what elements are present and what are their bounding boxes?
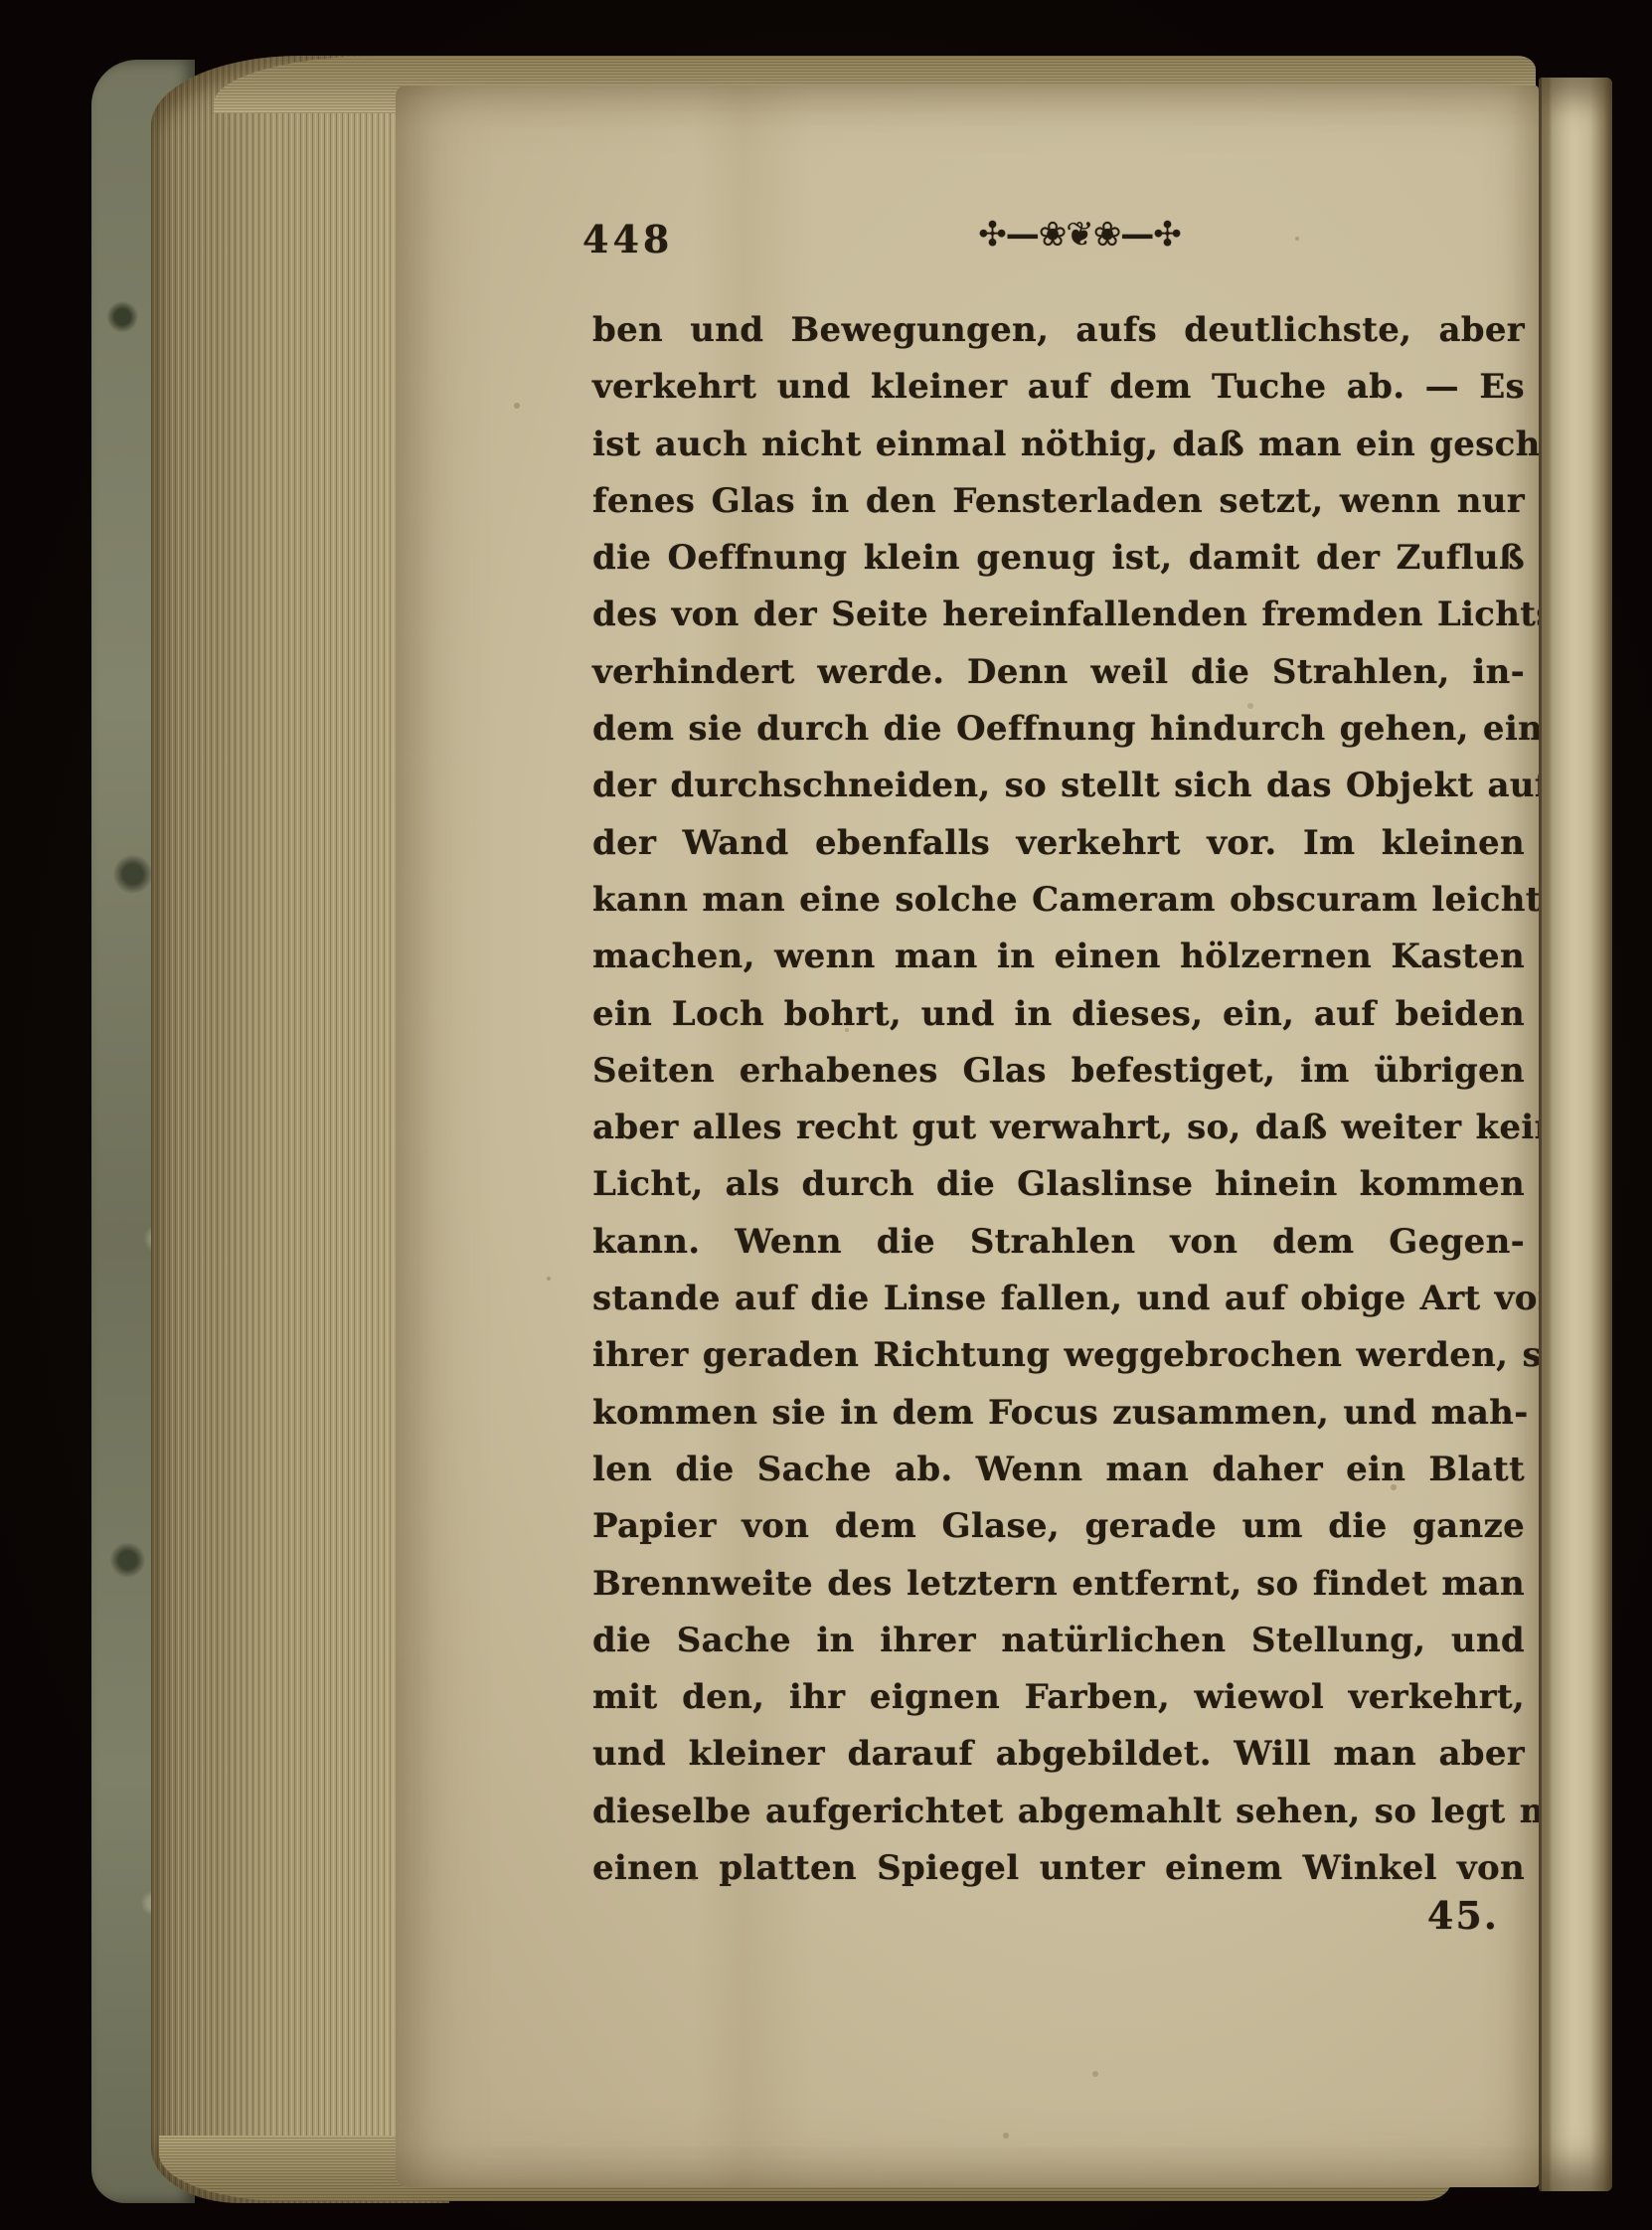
text-line: kommen sie in dem Focus zusammen, und ma… (592, 1385, 1525, 1442)
text-line: ben und Bewegungen, aufs deutlichste, ab… (592, 302, 1525, 359)
text-line: mit den, ihr eignen Farben, wiewol verke… (592, 1669, 1525, 1726)
text-line: einen platten Spiegel unter einem Winkel… (592, 1840, 1525, 1897)
text-line: Brennweite des letztern entfernt, so fin… (592, 1556, 1525, 1613)
text-line: die Sache in ihrer natürlichen Stellung,… (592, 1613, 1525, 1669)
catchword: 45. (1427, 1893, 1499, 1938)
text-line: verkehrt und kleiner auf dem Tuche ab. —… (592, 359, 1525, 416)
text-line: ein Loch bohrt, und in dieses, ein, auf … (592, 986, 1525, 1043)
text-line: machen, wenn man in einen hölzernen Kast… (592, 929, 1525, 985)
text-line: Licht, als durch die Glaslinse hinein ko… (592, 1156, 1525, 1213)
text-line: des von der Seite hereinfallenden fremde… (592, 587, 1525, 643)
floral-ornament-icon: ✣—❀❦❀—✣ (940, 215, 1219, 255)
text-line: len die Sache ab. Wenn man daher ein Bla… (592, 1442, 1525, 1498)
text-line: Seiten erhabenes Glas befestiget, im übr… (592, 1043, 1525, 1100)
text-line: aber alles recht gut verwahrt, so, daß w… (592, 1100, 1525, 1156)
text-line: fenes Glas in den Fensterladen setzt, we… (592, 473, 1525, 530)
photo-background: 448 ✣—❀❦❀—✣ ben und Bewegungen, aufs deu… (0, 0, 1652, 2230)
page-number: 448 (582, 217, 673, 261)
text-line: stande auf die Linse fallen, und auf obi… (592, 1271, 1525, 1327)
book-page: 448 ✣—❀❦❀—✣ ben und Bewegungen, aufs deu… (396, 86, 1539, 2187)
text-line: dem sie durch die Oeffnung hindurch gehe… (592, 701, 1525, 758)
text-line: Papier von dem Glase, gerade um die ganz… (592, 1498, 1525, 1555)
text-line: kann. Wenn die Strahlen von dem Gegen- (592, 1214, 1525, 1271)
text-line: die Oeffnung klein genug ist, damit der … (592, 530, 1525, 587)
text-line: und kleiner darauf abgebildet. Will man … (592, 1726, 1525, 1783)
text-line: ist auch nicht einmal nöthig, daß man ei… (592, 417, 1525, 473)
text-line: verhindert werde. Denn weil die Strahlen… (592, 644, 1525, 701)
page-header: 448 ✣—❀❦❀—✣ (396, 213, 1539, 278)
adjacent-page-edge (1539, 78, 1612, 2191)
text-line: dieselbe aufgerichtet abgemahlt sehen, s… (592, 1784, 1525, 1840)
text-line: ihrer geraden Richtung weggebrochen werd… (592, 1327, 1525, 1384)
text-line: der durchschneiden, so stellt sich das O… (592, 758, 1525, 814)
text-line: kann man eine solche Cameram obscuram le… (592, 872, 1525, 929)
body-text: ben und Bewegungen, aufs deutlichste, ab… (592, 302, 1525, 1897)
text-line: der Wand ebenfalls verkehrt vor. Im klei… (592, 815, 1525, 872)
